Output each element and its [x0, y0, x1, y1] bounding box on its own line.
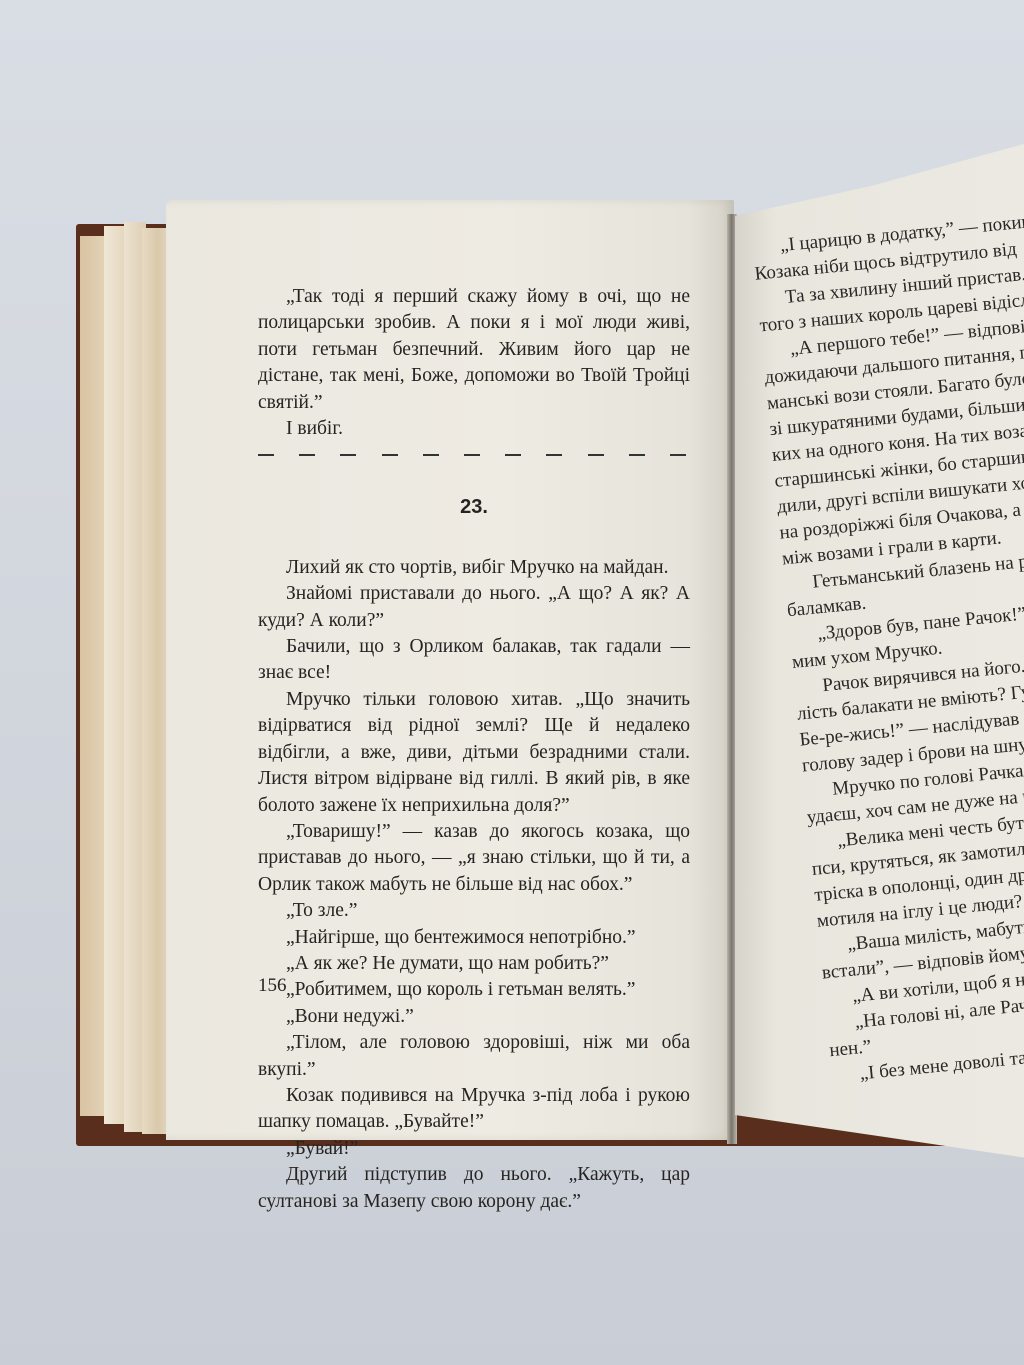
paragraph: Мручко тільки головою хитав. „Що значить…: [258, 687, 690, 819]
paragraph: Бачили, що з Орликом балакав, так гадали…: [258, 634, 690, 687]
right-page: „І царицю в додатку,” — покивав гоКозака…: [735, 130, 1024, 1170]
paragraph: „А як же? Не думати, що нам робить?”: [258, 951, 690, 977]
book-photo: „Так тоді я перший скажу йому в очі, що …: [0, 0, 1024, 1365]
right-page-text: „І царицю в додатку,” — покивав гоКозака…: [751, 201, 1024, 1090]
paragraph: „Вони недужі.”: [258, 1004, 690, 1030]
paragraph: „Товаришу!” — казав до якогось козака, щ…: [258, 819, 690, 898]
paragraph: „Найгірше, що бентежимося непотрібно.”: [258, 925, 690, 951]
left-page-text: „Так тоді я перший скажу йому в очі, що …: [258, 284, 690, 1215]
paragraph: І вибіг.: [258, 416, 690, 442]
left-page: „Так тоді я перший скажу йому в очі, що …: [166, 200, 734, 1140]
paragraph: Лихий як сто чортів, вибіг Мручко на май…: [258, 555, 690, 581]
page-number: 156: [258, 975, 287, 997]
chapter-number: 23.: [258, 494, 690, 520]
paragraph: „Бувай!”: [258, 1136, 690, 1162]
paragraph: „Так тоді я перший скажу йому в очі, що …: [258, 284, 690, 416]
paragraph: „Тілом, але головою здоровіші, ніж ми об…: [258, 1030, 690, 1083]
section-divider: [258, 446, 690, 456]
paragraph: Знайомі приставали до нього. „А що? А як…: [258, 581, 690, 634]
right-page-surface: „І царицю в додатку,” — покивав гоКозака…: [735, 130, 1024, 1170]
paragraph: Другий підступив до нього. „Кажуть, цар …: [258, 1162, 690, 1215]
paragraph: Козак подивився на Мручка з-під лоба і р…: [258, 1083, 690, 1136]
paragraph: „То зле.”: [258, 898, 690, 924]
paragraph: „Робитимем, що король і гетьман велять.”: [258, 977, 690, 1003]
